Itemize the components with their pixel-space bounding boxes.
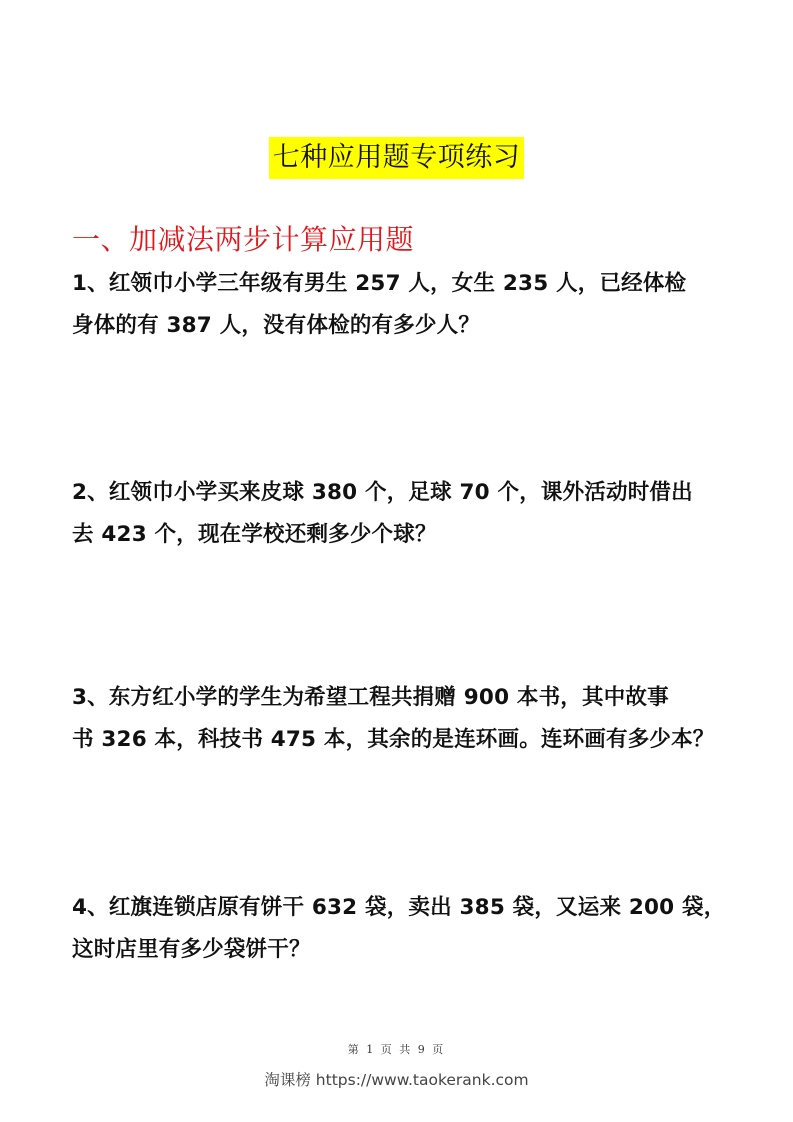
- question-line: 1、红领巾小学三年级有男生 257 人，女生 235 人，已经体检: [72, 263, 732, 305]
- section-heading: 一、加减法两步计算应用题: [72, 220, 414, 260]
- question-line: 书 326 本，科技书 475 本，其余的是连环画。连环画有多少本？: [72, 719, 732, 761]
- question-line: 4、红旗连锁店原有饼干 632 袋，卖出 385 袋，又运来 200 袋，: [72, 887, 732, 929]
- question-line: 2、红领巾小学买来皮球 380 个，足球 70 个，课外活动时借出: [72, 472, 732, 514]
- question-line: 这时店里有多少袋饼干？: [72, 929, 732, 971]
- document-page: 七种应用题专项练习 一、加减法两步计算应用题 1、红领巾小学三年级有男生 257…: [0, 0, 793, 1122]
- page-number: 第 1 页 共 9 页: [0, 1041, 793, 1057]
- question-1: 1、红领巾小学三年级有男生 257 人，女生 235 人，已经体检 身体的有 3…: [72, 263, 732, 347]
- title-container: 七种应用题专项练习: [0, 137, 793, 179]
- question-4: 4、红旗连锁店原有饼干 632 袋，卖出 385 袋，又运来 200 袋， 这时…: [72, 887, 732, 971]
- document-title: 七种应用题专项练习: [269, 137, 525, 179]
- watermark: 淘课榜 https://www.taokerank.com: [0, 1068, 793, 1090]
- question-line: 去 423 个，现在学校还剩多少个球？: [72, 514, 732, 556]
- question-3: 3、东方红小学的学生为希望工程共捐赠 900 本书，其中故事 书 326 本，科…: [72, 677, 732, 761]
- question-line: 身体的有 387 人，没有体检的有多少人？: [72, 305, 732, 347]
- question-2: 2、红领巾小学买来皮球 380 个，足球 70 个，课外活动时借出 去 423 …: [72, 472, 732, 556]
- question-line: 3、东方红小学的学生为希望工程共捐赠 900 本书，其中故事: [72, 677, 732, 719]
